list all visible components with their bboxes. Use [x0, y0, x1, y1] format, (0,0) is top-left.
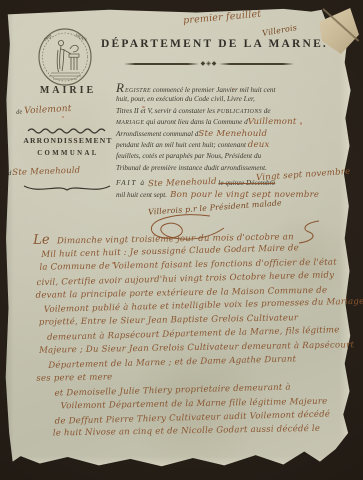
register-line: REGISTRE commencé le premier Janvier mil…	[116, 83, 352, 94]
register-line: MARIAGE qui auront lieu dans la Commune …	[116, 117, 352, 128]
mariage-smallcaps: MARIAGE	[116, 120, 144, 126]
communal-de-label: d	[8, 170, 11, 177]
register-paragraph: REGISTRE commencé le premier Janvier mil…	[116, 83, 352, 201]
arrondissement-handwritten-fill: Ste Menehould	[198, 129, 267, 139]
fait-label: FAIT à	[116, 178, 146, 187]
publications-smallcaps: PUBLICATIONS	[217, 109, 262, 115]
arrondissement-label: ARRONDISSEMENT	[16, 136, 120, 145]
communal-label: COMMUNAL	[16, 150, 120, 157]
registre-smallcaps: EGISTRE	[125, 88, 151, 94]
drop-cap: R	[116, 80, 124, 95]
divider-ornament: ◆◈◆	[199, 61, 220, 67]
register-line: huit, pour, en exécution du Code civil, …	[116, 94, 352, 105]
fait-year: mil huit cent sept.	[116, 191, 167, 199]
ornament-divider: ◆◈◆	[124, 61, 294, 67]
register-line: Titres II et V, servir à constater les P…	[116, 106, 352, 117]
register-text: Arrondissement communal d	[116, 130, 198, 138]
seal-legend-left: IMP.	[43, 33, 53, 42]
mairie-label: MAIRIE	[20, 85, 116, 96]
register-text: commencé le premier Janvier mil huit cen…	[151, 86, 275, 94]
fait-line: FAIT àSte Menehouldle quinze Décembre Vi…	[116, 176, 352, 189]
divider-rule	[219, 63, 294, 64]
imperial-seal-icon: IMP. FRAN.	[34, 25, 96, 91]
date-note-handwritten: Bon pour le vingt sept novembre	[170, 190, 319, 200]
seal-figure	[49, 40, 81, 79]
fait-place-handwritten: Ste Menehould	[147, 176, 216, 191]
register-text: qui auront lieu dans la Commune d	[144, 118, 247, 126]
page-title: DÉPARTEMENT DE LA MARNE.	[86, 38, 343, 50]
bracket-ornament	[20, 181, 114, 200]
register-line: Arrondissement communal dSte Menehould	[116, 129, 352, 140]
register-text: Titres II et V, servir à constater les	[116, 107, 217, 115]
register-line: feuillets, cotés et paraphés par Nous, P…	[116, 151, 352, 162]
mairie-commune-handwritten: Voilemont	[24, 104, 72, 116]
divider-rule	[124, 63, 199, 64]
register-text: pendant ledit an mil huit cent huit; con…	[116, 141, 248, 149]
feuillets-count-handwritten: deux	[248, 140, 270, 150]
handwritten-act: LeDimanche vingt troisieme jour du mois …	[33, 230, 357, 441]
register-line: pendant ledit an mil huit cent huit; con…	[116, 140, 352, 151]
register-text: de	[262, 107, 271, 115]
arrondissement-name-handwritten: Ste Menehould	[12, 166, 80, 178]
mairie-de-label: de	[16, 109, 22, 116]
commune-handwritten-fill: Vuillemont	[248, 117, 297, 127]
act-opening: Le	[33, 233, 50, 248]
document-scan: premier feuillet Villerois DÉPARTEMENT D…	[0, 0, 363, 480]
